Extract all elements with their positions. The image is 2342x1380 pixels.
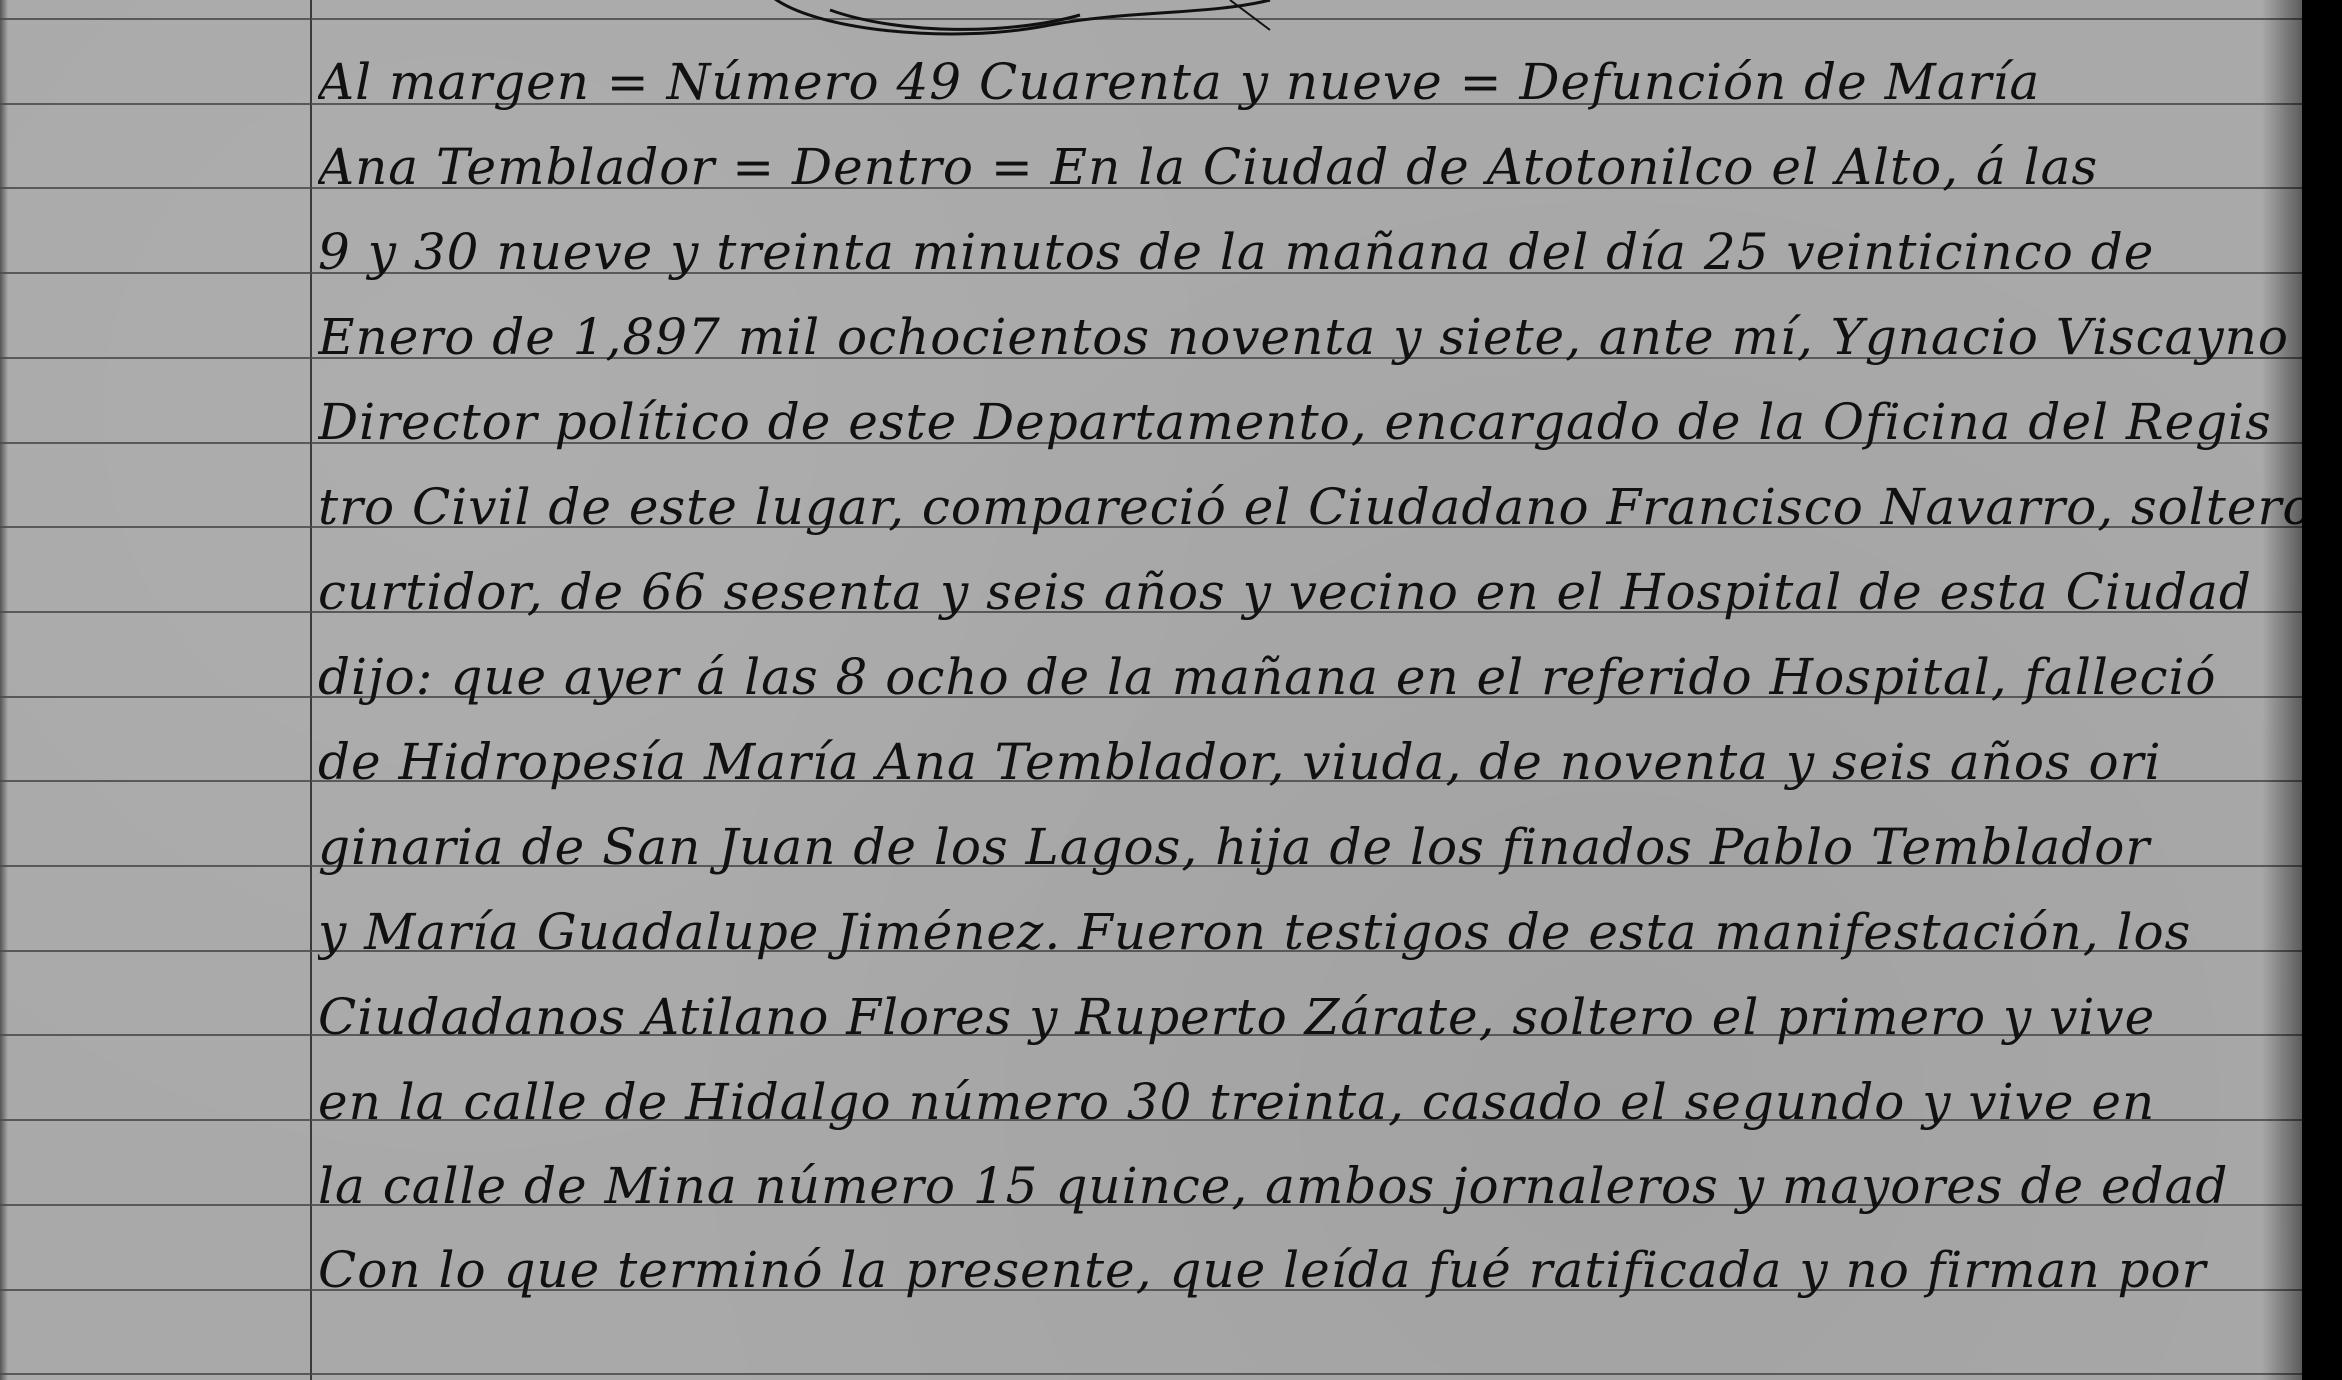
- flourish-icon: [750, 0, 1310, 50]
- line-5: Director político de este Departamento, …: [318, 392, 2302, 452]
- line-11: y María Guadalupe Jiménez. Fueron testig…: [318, 902, 2302, 962]
- page-edge-shadow: [2262, 0, 2302, 1380]
- line-text: Enero de 1,897 mil ochocientos noventa y…: [318, 308, 2289, 366]
- line-text: en la calle de Hidalgo número 30 treinta…: [318, 1073, 2155, 1131]
- line-text: Ana Temblador = Dentro = En la Ciudad de…: [318, 138, 2098, 196]
- line-14: la calle de Mina número 15 quince, ambos…: [318, 1156, 2302, 1216]
- line-8: dijo: que ayer á las 8 ocho de la mañana…: [318, 647, 2302, 707]
- line-6: tro Civil de este lugar, compareció el C…: [318, 477, 2302, 537]
- line-text: 9 y 30 nueve y treinta minutos de la mañ…: [318, 223, 2154, 281]
- line-text: ginaria de San Juan de los Lagos, hija d…: [318, 818, 2150, 876]
- line-1: Al margen = Número 49 Cuarenta y nueve =…: [318, 52, 2302, 112]
- line-13: en la calle de Hidalgo número 30 treinta…: [318, 1072, 2302, 1132]
- line-text: y María Guadalupe Jiménez. Fueron testig…: [318, 903, 2191, 961]
- ledger-page: Al margen = Número 49 Cuarenta y nueve =…: [0, 0, 2302, 1380]
- line-15: Con lo que terminó la presente, que leíd…: [318, 1240, 2302, 1300]
- line-2: Ana Temblador = Dentro = En la Ciudad de…: [318, 137, 2302, 197]
- line-text: Al margen = Número 49 Cuarenta y nueve =…: [318, 53, 2040, 111]
- line-text: curtidor, de 66 sesenta y seis años y ve…: [318, 563, 2252, 621]
- line-text: Director político de este Departamento, …: [318, 393, 2272, 451]
- line-4: Enero de 1,897 mil ochocientos noventa y…: [318, 307, 2302, 367]
- line-text: Con lo que terminó la presente, que leíd…: [318, 1241, 2206, 1299]
- line-7: curtidor, de 66 sesenta y seis años y ve…: [318, 562, 2302, 622]
- line-text: dijo: que ayer á las 8 ocho de la mañana…: [318, 648, 2217, 706]
- line-text: la calle de Mina número 15 quince, ambos…: [318, 1157, 2228, 1215]
- line-3: 9 y 30 nueve y treinta minutos de la mañ…: [318, 222, 2302, 282]
- line-10: ginaria de San Juan de los Lagos, hija d…: [318, 817, 2302, 877]
- line-9: de Hidropesía María Ana Temblador, viuda…: [318, 732, 2302, 792]
- line-12: Ciudadanos Atilano Flores y Ruperto Zára…: [318, 987, 2302, 1047]
- line-text: Ciudadanos Atilano Flores y Ruperto Zára…: [318, 988, 2155, 1046]
- line-text: de Hidropesía María Ana Temblador, viuda…: [318, 733, 2162, 791]
- ruled-line: [0, 1373, 2302, 1375]
- line-text: tro Civil de este lugar, compareció el C…: [318, 478, 2302, 536]
- binding-shadow: [0, 0, 8, 1380]
- margin-rule: [310, 0, 312, 1380]
